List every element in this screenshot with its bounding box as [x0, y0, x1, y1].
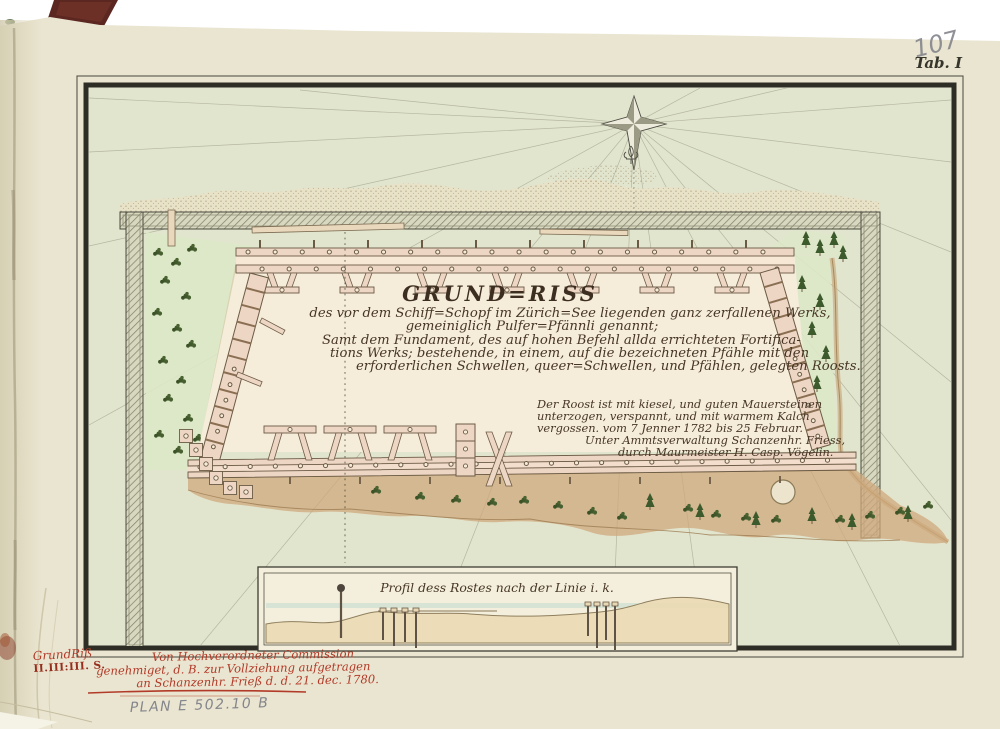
pond-circle — [771, 480, 795, 504]
quay-wall-left — [126, 212, 143, 648]
gutter-shadow — [0, 20, 42, 729]
scanned-album-photograph: 107 Tab. I — [0, 0, 1000, 729]
plate-label: Tab. I — [915, 54, 963, 72]
profile-box: Profil dess Rostes nach der Linie i. k. — [258, 567, 737, 651]
map-title: GRUND=RISS — [402, 281, 598, 306]
profile-caption: Profil dess Rostes nach der Linie i. k. — [379, 580, 614, 595]
plan-scan-svg: 107 Tab. I — [0, 0, 1000, 729]
title-line-5: erforderlichen Schwellen, queer=Schwelle… — [356, 359, 861, 374]
note-line-5: durch Maurmeister H. Casp. Vögelin. — [618, 445, 833, 459]
quay-wall-top — [120, 212, 880, 229]
red-edge-stain-2 — [0, 633, 10, 647]
pile-tower — [456, 424, 475, 476]
title-line-2: gemeiniglich Pulfer=Pfännli genannt; — [406, 319, 659, 334]
